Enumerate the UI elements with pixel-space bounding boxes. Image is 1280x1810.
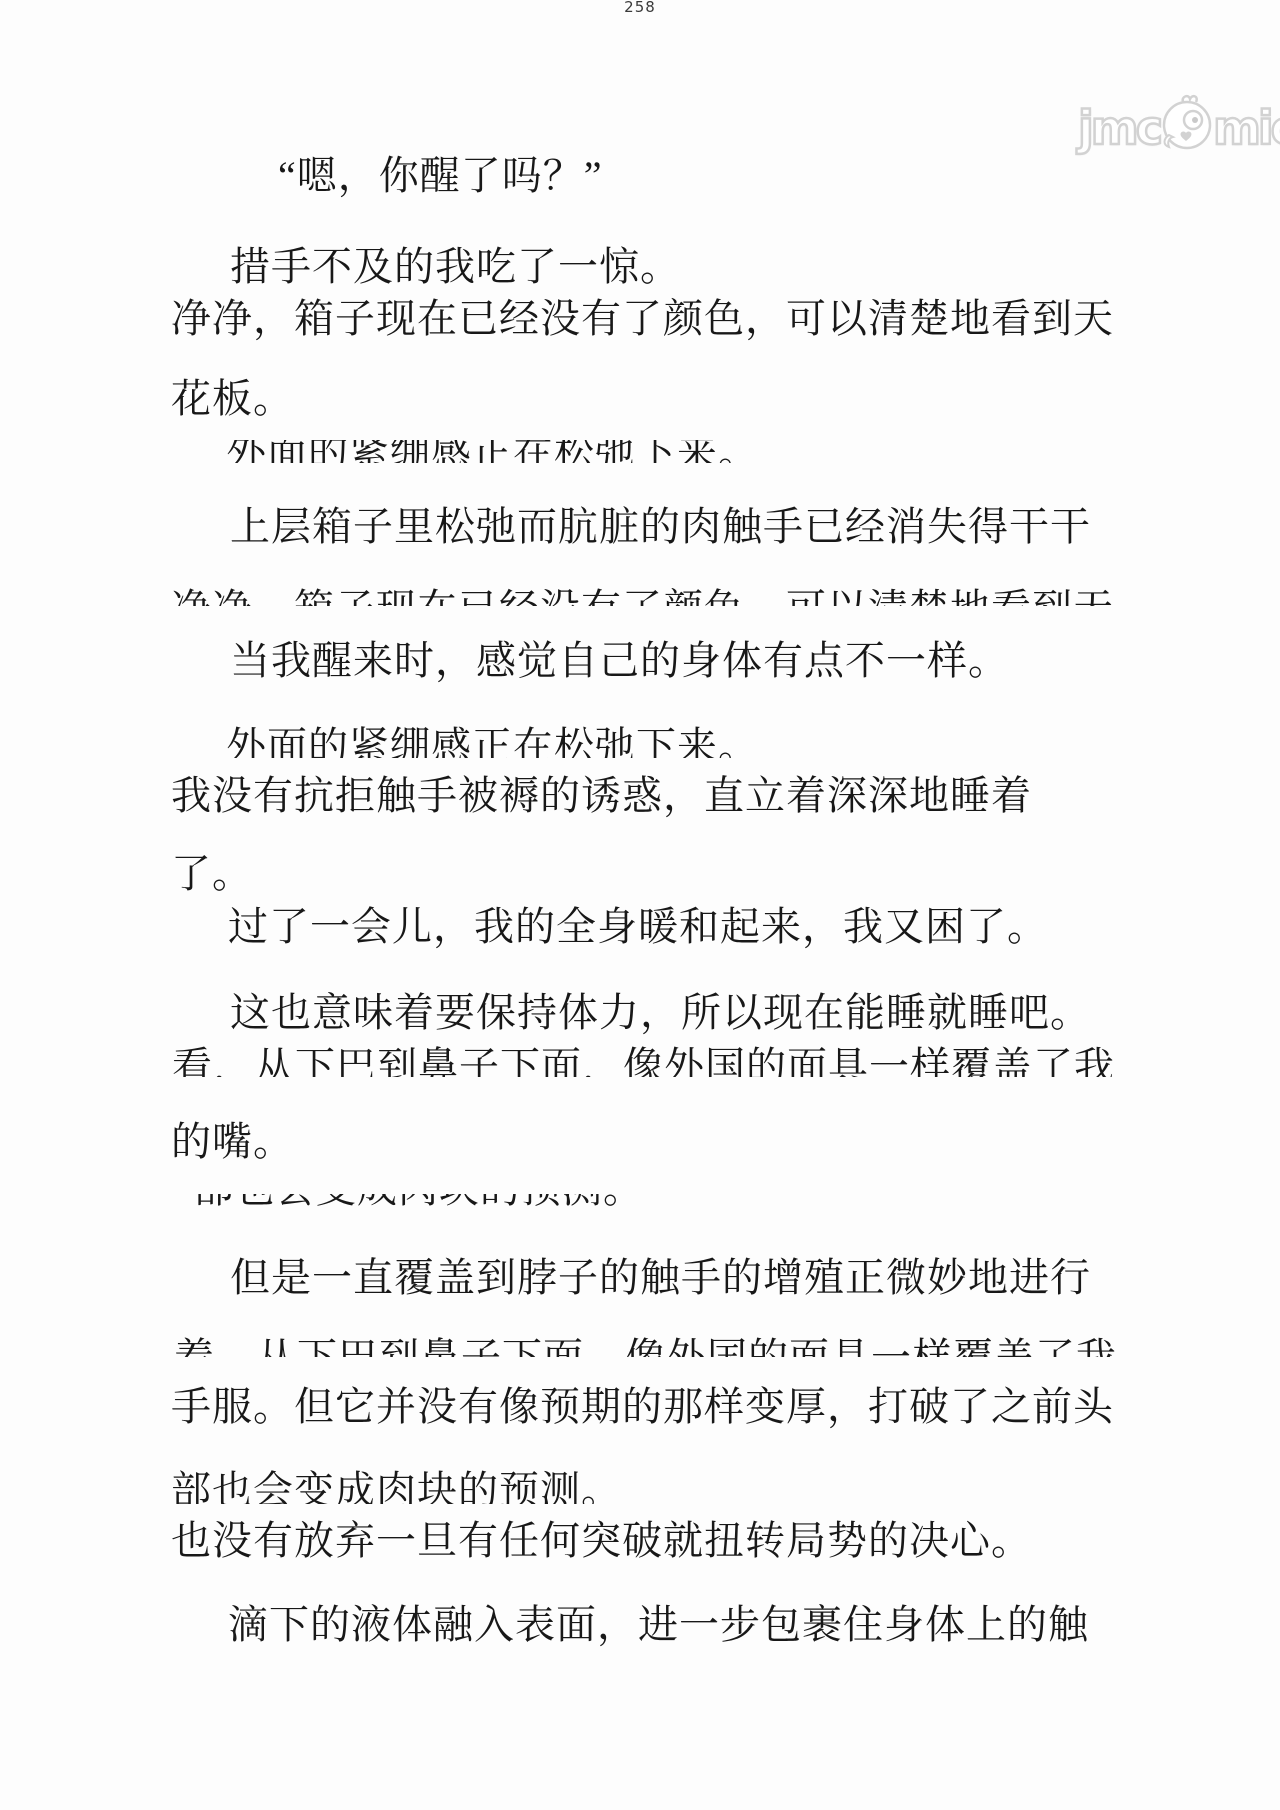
text-line: 花板。: [171, 378, 294, 420]
text-line: 上层箱子里松弛而肮脏的肉触手已经消失得干干: [230, 506, 1091, 548]
text-line: 当我醒来时，感觉自己的身体有点不一样。: [230, 640, 1009, 682]
text-line: 的嘴。: [171, 1121, 294, 1163]
document-page: 258 jmc mic “嗯，你醒了吗？”措手不及的我吃了一惊。净净，箱子现在已…: [0, 0, 1280, 1810]
text-line: 净净，箱子现在已经没有了颜色，可以清楚地看到天: [171, 298, 1114, 340]
text-line: 了。: [171, 853, 253, 895]
text-line: 外面的紧绷感正在松弛下来。: [226, 440, 759, 463]
text-line: 滴下的液体融入表面，进一步包裹住身体上的触: [228, 1604, 1089, 1646]
text-line: 着，从下巴到鼻子下面，像外国的面具一样覆盖了我: [174, 1337, 1117, 1357]
text-line: 措手不及的我吃了一惊。: [230, 246, 681, 288]
text-line: 部也会变成肉块的预测。: [171, 1470, 622, 1504]
text-line: 我没有抗拒触手被褥的诱惑，直立着深深地睡着: [171, 775, 1032, 817]
text-line: 外面的紧绷感正在松弛下来。: [226, 726, 759, 758]
text-line: 但是一直覆盖到脖子的触手的增殖正微妙地进行: [230, 1257, 1091, 1299]
text-line: 看，从下巴到鼻子下面，像外国的面具一样覆盖了我: [172, 1046, 1115, 1077]
text-line: 这也意味着要保持体力，所以现在能睡就睡吧。: [230, 992, 1091, 1034]
text-layer: “嗯，你醒了吗？”措手不及的我吃了一惊。净净，箱子现在已经没有了颜色，可以清楚地…: [0, 0, 1280, 1810]
text-line: 手服。但它并没有像预期的那样变厚，打破了之前头: [171, 1386, 1114, 1428]
text-line: 也没有放弃一旦有任何突破就扭转局势的决心。: [171, 1520, 1032, 1562]
text-line: 净净，箱子现在已经没有了颜色，可以清楚地看到天: [171, 588, 1114, 606]
text-line: 过了一会儿，我的全身暖和起来，我又困了。: [228, 906, 1048, 948]
text-line: “嗯，你醒了吗？”: [278, 155, 603, 197]
text-line: 部也会变成肉块的预测。: [193, 1194, 644, 1207]
